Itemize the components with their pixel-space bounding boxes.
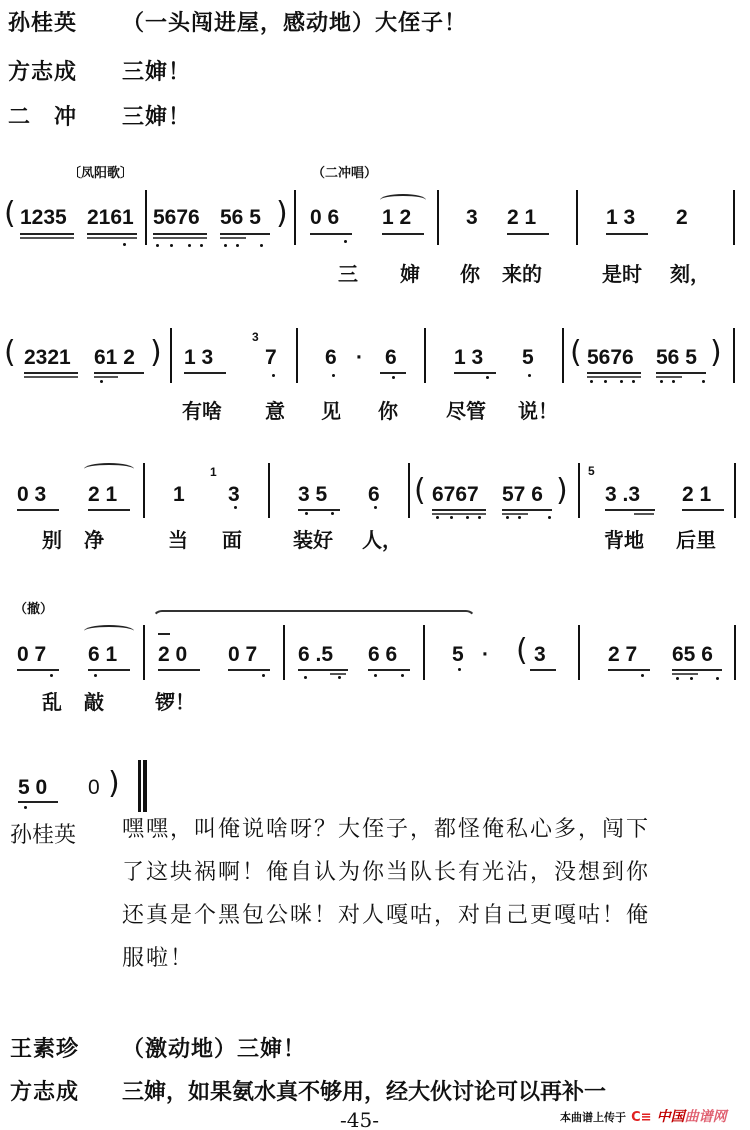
note-group: 1235 [20, 206, 67, 230]
note: 1 [173, 483, 185, 507]
dialogue-line: 服啦！ [122, 939, 742, 979]
close-paren: ) [150, 335, 162, 370]
note-group: 56 5 [220, 206, 261, 230]
dialogue-text: （一头闯进屋，感动地）大侄子！ [122, 6, 467, 37]
dialogue-text: 三婶！ [122, 55, 191, 86]
lyric: 敲 [84, 686, 104, 715]
dialogue-text: 三婶！ [122, 100, 191, 131]
note: 5 [452, 643, 464, 667]
note-group: 2161 [87, 206, 134, 230]
lyric: 后里 [676, 524, 716, 553]
lyric: 乱 [42, 686, 62, 715]
note-group: 6767 [432, 483, 479, 507]
note-group: 2 1 [507, 206, 536, 230]
lyric: 意 [265, 395, 285, 424]
phrase-mark [152, 610, 476, 620]
note-group: 0 7 [228, 643, 257, 667]
tempo-label: （撤） [14, 598, 53, 617]
lyric: 说！ [518, 395, 558, 424]
lyric: 人， [362, 524, 402, 553]
lyric: 见 [321, 395, 341, 424]
note-group: 0 3 [17, 483, 46, 507]
note-group: 2 1 [88, 483, 117, 507]
note-group: 5 0 [18, 776, 47, 800]
note: 3 [466, 206, 478, 230]
note-group: 1 3 [606, 206, 635, 230]
close-paren: ) [276, 196, 288, 231]
dialogue-line: 还真是个黑包公咪！对人嘎咕，对自己更嘎咕！俺 [122, 896, 742, 936]
note: 3 [228, 483, 240, 507]
dialogue-speaker: 王素珍 [10, 1032, 79, 1063]
dialogue-speaker: 方志成 [10, 1075, 79, 1106]
watermark-prefix: 本曲谱上传于 [560, 1111, 626, 1124]
lyric: 是时 [602, 258, 642, 287]
note-group: 3 5 [298, 483, 327, 507]
lyric: 装好 [293, 524, 333, 553]
note-group: 2321 [24, 346, 71, 370]
note: 0 [88, 776, 100, 800]
dialogue-line: 嘿嘿，叫俺说啥呀？大侄子，都怪俺私心多，闯下 [122, 810, 742, 850]
lyric: 婶 [400, 258, 420, 287]
note-group: 57 6 [502, 483, 543, 507]
dot-extension: · [356, 346, 363, 370]
note: 6 [325, 346, 337, 370]
page-number: -45- [340, 1108, 379, 1130]
open-paren: ( [570, 335, 582, 370]
grace-note: 1 [210, 465, 217, 479]
dialogue-speaker: 二 冲 [8, 100, 77, 131]
open-paren: ( [4, 335, 16, 370]
open-paren: ( [516, 633, 528, 668]
dialogue-speaker: 方志成 [8, 55, 77, 86]
note-group: 0 7 [17, 643, 46, 667]
note: 2 [676, 206, 688, 230]
lyric: 背地 [604, 524, 644, 553]
close-paren: ) [108, 766, 120, 801]
dialogue-speaker: 孙桂英 [8, 6, 77, 37]
singer-label: （二冲唱） [312, 162, 377, 181]
close-paren: ) [556, 473, 568, 508]
note: 6 [385, 346, 397, 370]
dialogue-speaker: 孙桂英 [10, 818, 76, 849]
note-group: 6 1 [88, 643, 117, 667]
open-paren: ( [4, 196, 16, 231]
logo-icon: C≡ [631, 1110, 651, 1125]
lyric: 别 [42, 524, 62, 553]
note-group: 5676 [153, 206, 200, 230]
lyric: 净 [84, 524, 104, 553]
note-group: 56 5 [656, 346, 697, 370]
note-group: 1 3 [454, 346, 483, 370]
lyric: 尽管 [446, 395, 486, 424]
note-group: 65 6 [672, 643, 713, 667]
lyric: 当 [168, 524, 188, 553]
note: 6 [368, 483, 380, 507]
dialogue-paragraph: 嘿嘿，叫俺说啥呀？大侄子，都怪俺私心多，闯下 了这块祸啊！俺自认为你当队长有光沾… [122, 810, 742, 979]
note-group: 2 1 [682, 483, 711, 507]
lyric: 你 [460, 258, 480, 287]
tune-label: 〔凤阳歌〕 [68, 162, 133, 181]
lyric: 面 [222, 524, 242, 553]
final-barline [138, 760, 141, 812]
note-group: 1 2 [382, 206, 411, 230]
dialogue-line: 了这块祸啊！俺自认为你当队长有光沾，没想到你 [122, 853, 742, 893]
watermark-site-b: 曲谱网 [685, 1109, 727, 1125]
note-group: 5676 [587, 346, 634, 370]
close-paren: ) [710, 335, 722, 370]
note-group: 61 2 [94, 346, 135, 370]
note-group: 6 6 [368, 643, 397, 667]
note-group: 2 7 [608, 643, 637, 667]
watermark-site-a: 中国 [657, 1109, 685, 1125]
note-group: 2 0 [158, 643, 187, 667]
lyric: 你 [378, 395, 398, 424]
open-paren: ( [414, 473, 426, 508]
dialogue-text: （激动地）三婶！ [122, 1032, 306, 1063]
note: 3 [534, 643, 546, 667]
note-group: 6 .5 [298, 643, 333, 667]
note: 5 [522, 346, 534, 370]
watermark: 本曲谱上传于 C≡ 中国曲谱网 [560, 1106, 727, 1126]
lyric: 有啥 [182, 395, 222, 424]
note-group: 1 3 [184, 346, 213, 370]
note-group: 0 6 [310, 206, 339, 230]
lyric: 刻， [670, 258, 710, 287]
grace-note: 5 [588, 464, 595, 478]
note: 7 [265, 346, 277, 370]
dot-extension: · [482, 643, 489, 667]
lyric: 锣！ [155, 686, 195, 715]
dialogue-text: 三婶，如果氨水真不够用，经大伙讨论可以再补一 [122, 1075, 606, 1106]
lyric: 三 [338, 258, 358, 287]
accent-mark [158, 633, 170, 635]
note-group: 3 .3 [605, 483, 640, 507]
grace-note: 3 [252, 330, 259, 344]
lyric: 来的 [502, 258, 542, 287]
